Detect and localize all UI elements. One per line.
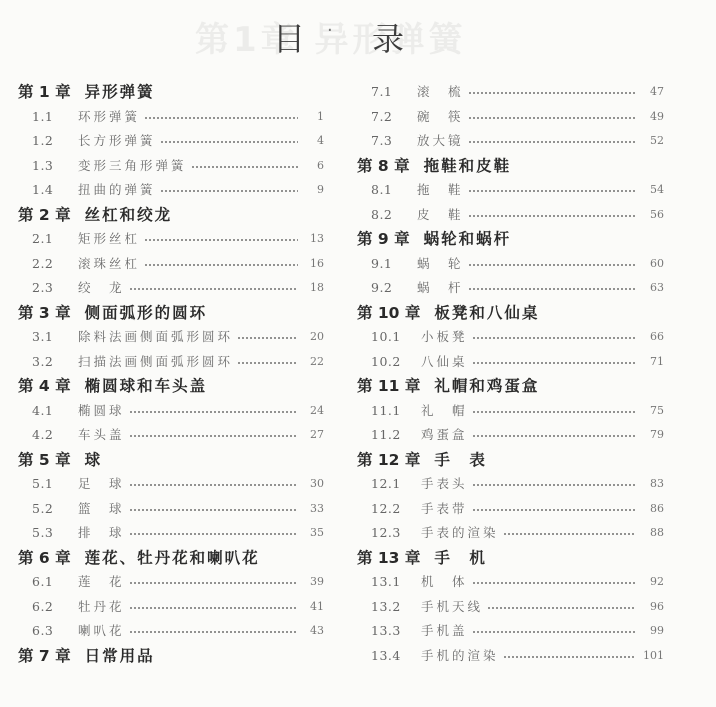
toc-chapter-heading[interactable]: 第 6 章莲花、牡丹花和喇叭花 (18, 546, 324, 571)
section-number: 10.2 (371, 350, 421, 375)
dot-leader (129, 435, 298, 437)
toc-section-entry[interactable]: 13.3手机盖99 (357, 619, 664, 644)
chapter-title: 蜗轮和蜗杆 (424, 230, 512, 248)
chapter-number: 第 2 章 (18, 203, 71, 228)
chapter-title: 丝杠和绞龙 (85, 206, 173, 224)
chapter-title: 侧面弧形的圆环 (85, 304, 208, 322)
toc-section-entry[interactable]: 8.2皮 鞋56 (357, 203, 664, 228)
chapter-title: 拖鞋和皮鞋 (424, 157, 512, 175)
page-number: 86 (642, 497, 664, 522)
toc-section-entry[interactable]: 1.2长方形弹簧4 (18, 129, 324, 154)
page-number: 1 (304, 105, 324, 130)
chapter-title: 手 表 (434, 451, 487, 469)
chapter-title: 手 机 (434, 549, 487, 567)
section-number: 5.2 (32, 497, 78, 522)
section-number: 12.3 (371, 521, 421, 546)
toc-section-entry[interactable]: 1.1环形弹簧1 (18, 105, 324, 130)
section-number: 4.1 (32, 399, 78, 424)
dot-leader (468, 92, 636, 94)
toc-chapter-heading[interactable]: 第 3 章侧面弧形的圆环 (18, 301, 324, 326)
section-number: 6.1 (32, 570, 78, 595)
section-number: 5.3 (32, 521, 78, 546)
page-number: 96 (642, 595, 664, 620)
section-number: 11.1 (371, 399, 421, 424)
toc-section-entry[interactable]: 6.1莲 花39 (18, 570, 324, 595)
section-title: 蜗 轮 (417, 252, 464, 277)
section-number: 2.3 (32, 276, 78, 301)
section-title: 手机天线 (421, 595, 483, 620)
section-number: 13.3 (371, 619, 421, 644)
page-number: 18 (304, 276, 324, 301)
section-title: 手表带 (421, 497, 468, 522)
section-title: 车头盖 (78, 423, 125, 448)
chapter-title: 板凳和八仙桌 (434, 304, 539, 322)
section-number: 2.2 (32, 252, 78, 277)
toc-section-entry[interactable]: 11.1礼 帽75 (357, 399, 664, 424)
toc-section-entry[interactable]: 3.2扫描法画侧面弧形圆环22 (18, 350, 324, 375)
page-number: 56 (642, 203, 664, 228)
toc-chapter-heading[interactable]: 第 11 章礼帽和鸡蛋盒 (357, 374, 664, 399)
section-number: 6.3 (32, 619, 78, 644)
page-number: 71 (642, 350, 664, 375)
toc-section-entry[interactable]: 2.1矩形丝杠13 (18, 227, 324, 252)
dot-leader (472, 582, 636, 584)
dot-leader (129, 533, 298, 535)
chapter-number: 第 5 章 (18, 448, 71, 473)
toc-column-right: 7.1滚 梳477.2碗 筷497.3放大镜52第 8 章拖鞋和皮鞋8.1拖 鞋… (357, 80, 664, 668)
toc-section-entry[interactable]: 7.2碗 筷49 (357, 105, 664, 130)
toc-section-entry[interactable]: 12.2手表带86 (357, 497, 664, 522)
dot-leader (237, 362, 298, 364)
page-number: 63 (642, 276, 664, 301)
section-number: 1.1 (32, 105, 78, 130)
dot-leader (503, 533, 636, 535)
page-number: 13 (304, 227, 324, 252)
section-number: 9.2 (371, 276, 417, 301)
section-title: 蜗 杆 (417, 276, 464, 301)
chapter-number: 第 1 章 (18, 80, 71, 105)
toc-section-entry[interactable]: 2.3绞 龙18 (18, 276, 324, 301)
dot-leader (129, 411, 298, 413)
page-number: 9 (304, 178, 324, 203)
section-title: 礼 帽 (421, 399, 468, 424)
dot-leader (237, 337, 298, 339)
page-number: 43 (304, 619, 324, 644)
dot-leader (144, 239, 298, 241)
toc-section-entry[interactable]: 13.4手机的渲染101 (357, 644, 664, 669)
chapter-number: 第 9 章 (357, 227, 410, 252)
section-title: 手表的渲染 (421, 521, 499, 546)
page-number: 4 (304, 129, 324, 154)
dot-leader (129, 607, 298, 609)
section-title: 喇叭花 (78, 619, 125, 644)
dot-leader (129, 484, 298, 486)
chapter-title: 椭圆球和车头盖 (85, 377, 208, 395)
page-number: 39 (304, 570, 324, 595)
toc-section-entry[interactable]: 8.1拖 鞋54 (357, 178, 664, 203)
page-number: 99 (642, 619, 664, 644)
section-title: 滚珠丝杠 (78, 252, 140, 277)
toc-section-entry[interactable]: 12.3手表的渲染88 (357, 521, 664, 546)
toc-section-entry[interactable]: 10.2八仙桌71 (357, 350, 664, 375)
section-number: 3.1 (32, 325, 78, 350)
section-number: 1.3 (32, 154, 78, 179)
toc-section-entry[interactable]: 1.4扭曲的弹簧9 (18, 178, 324, 203)
page-number: 27 (304, 423, 324, 448)
chapter-number: 第 4 章 (18, 374, 71, 399)
dot-leader (468, 141, 636, 143)
page-number: 16 (304, 252, 324, 277)
page-number: 41 (304, 595, 324, 620)
toc-section-entry[interactable]: 7.3放大镜52 (357, 129, 664, 154)
toc-section-entry[interactable]: 6.2牡丹花41 (18, 595, 324, 620)
section-title: 扫描法画侧面弧形圆环 (78, 350, 233, 375)
section-title: 环形弹簧 (78, 105, 140, 130)
toc-section-entry[interactable]: 4.1椭圆球24 (18, 399, 324, 424)
section-title: 皮 鞋 (417, 203, 464, 228)
section-title: 机 体 (421, 570, 468, 595)
section-title: 滚 梳 (417, 80, 464, 105)
toc-section-entry[interactable]: 5.3排 球35 (18, 521, 324, 546)
page-number: 66 (642, 325, 664, 350)
page-number: 49 (642, 105, 664, 130)
section-number: 12.1 (371, 472, 421, 497)
dot-leader (472, 411, 636, 413)
section-number: 13.1 (371, 570, 421, 595)
section-title: 椭圆球 (78, 399, 125, 424)
toc-chapter-heading[interactable]: 第 13 章手 机 (357, 546, 664, 571)
section-title: 拖 鞋 (417, 178, 464, 203)
chapter-number: 第 12 章 (357, 448, 420, 473)
chapter-number: 第 8 章 (357, 154, 410, 179)
page-number: 88 (642, 521, 664, 546)
dot-leader (472, 509, 636, 511)
toc-chapter-heading[interactable]: 第 2 章丝杠和绞龙 (18, 203, 324, 228)
toc-section-entry[interactable]: 12.1手表头83 (357, 472, 664, 497)
toc-section-entry[interactable]: 2.2滚珠丝杠16 (18, 252, 324, 277)
section-title: 排 球 (78, 521, 125, 546)
page-number: 79 (642, 423, 664, 448)
dot-leader (144, 264, 298, 266)
section-title: 扭曲的弹簧 (78, 178, 156, 203)
toc-section-entry[interactable]: 7.1滚 梳47 (357, 80, 664, 105)
page-number: 30 (304, 472, 324, 497)
dot-leader (468, 215, 636, 217)
dot-leader (468, 190, 636, 192)
chapter-title: 日常用品 (85, 647, 155, 665)
section-number: 1.2 (32, 129, 78, 154)
toc-section-entry[interactable]: 13.1机 体92 (357, 570, 664, 595)
section-title: 莲 花 (78, 570, 125, 595)
section-title: 放大镜 (417, 129, 464, 154)
section-title: 除料法画侧面弧形圆环 (78, 325, 233, 350)
chapter-number: 第 10 章 (357, 301, 420, 326)
section-title: 绞 龙 (78, 276, 125, 301)
section-title: 手机的渲染 (421, 644, 499, 669)
page-number: 60 (642, 252, 664, 277)
chapter-number: 第 6 章 (18, 546, 71, 571)
section-title: 手机盖 (421, 619, 468, 644)
chapter-title: 异形弹簧 (85, 83, 155, 101)
section-number: 7.1 (371, 80, 417, 105)
section-title: 足 球 (78, 472, 125, 497)
toc-chapter-heading[interactable]: 第 10 章板凳和八仙桌 (357, 301, 664, 326)
toc-chapter-heading[interactable]: 第 8 章拖鞋和皮鞋 (357, 154, 664, 179)
dot-leader (472, 337, 636, 339)
page-number: 35 (304, 521, 324, 546)
page-number: 92 (642, 570, 664, 595)
dot-leader (129, 509, 298, 511)
dot-leader (472, 435, 636, 437)
chapter-number: 第 13 章 (357, 546, 420, 571)
chapter-title: 球 (85, 451, 103, 469)
section-number: 6.2 (32, 595, 78, 620)
toc-section-entry[interactable]: 10.1小板凳66 (357, 325, 664, 350)
section-title: 手表头 (421, 472, 468, 497)
page-number: 33 (304, 497, 324, 522)
chapter-title: 礼帽和鸡蛋盒 (434, 377, 539, 395)
section-number: 3.2 (32, 350, 78, 375)
section-title: 变形三角形弹簧 (78, 154, 187, 179)
dot-leader (472, 484, 636, 486)
section-title: 牡丹花 (78, 595, 125, 620)
toc-chapter-heading[interactable]: 第 4 章椭圆球和车头盖 (18, 374, 324, 399)
toc-chapter-heading[interactable]: 第 7 章日常用品 (18, 644, 324, 669)
toc-section-entry[interactable]: 9.2蜗 杆63 (357, 276, 664, 301)
chapter-number: 第 7 章 (18, 644, 71, 669)
page-number: 52 (642, 129, 664, 154)
dot-leader (468, 288, 636, 290)
page-number: 54 (642, 178, 664, 203)
section-title: 篮 球 (78, 497, 125, 522)
toc-section-entry[interactable]: 11.2鸡蛋盒79 (357, 423, 664, 448)
section-title: 长方形弹簧 (78, 129, 156, 154)
page-number: 75 (642, 399, 664, 424)
section-number: 2.1 (32, 227, 78, 252)
dot-leader (160, 190, 298, 192)
page-number: 6 (304, 154, 324, 179)
page-number: 22 (304, 350, 324, 375)
toc-section-entry[interactable]: 1.3变形三角形弹簧6 (18, 154, 324, 179)
dot-leader (472, 631, 636, 633)
section-title: 矩形丝杠 (78, 227, 140, 252)
toc-chapter-heading[interactable]: 第 12 章手 表 (357, 448, 664, 473)
page-number: 20 (304, 325, 324, 350)
page-number: 83 (642, 472, 664, 497)
toc-section-entry[interactable]: 13.2手机天线96 (357, 595, 664, 620)
chapter-number: 第 3 章 (18, 301, 71, 326)
toc-chapter-heading[interactable]: 第 9 章蜗轮和蜗杆 (357, 227, 664, 252)
chapter-title: 莲花、牡丹花和喇叭花 (85, 549, 260, 567)
section-number: 11.2 (371, 423, 421, 448)
toc-page: 第1章 异形弹簧 目 · 录 第 1 章异形弹簧1.1环形弹簧11.2长方形弹簧… (0, 0, 716, 707)
dot-leader (191, 166, 298, 168)
toc-section-entry[interactable]: 5.2篮 球33 (18, 497, 324, 522)
dot-leader (160, 141, 298, 143)
chapter-number: 第 11 章 (357, 374, 420, 399)
dot-leader (503, 656, 636, 658)
section-number: 8.2 (371, 203, 417, 228)
section-title: 碗 筷 (417, 105, 464, 130)
toc-section-entry[interactable]: 5.1足 球30 (18, 472, 324, 497)
section-number: 10.1 (371, 325, 421, 350)
section-number: 12.2 (371, 497, 421, 522)
dot-leader (129, 288, 298, 290)
page-title-left: 目 (273, 14, 305, 60)
section-title: 小板凳 (421, 325, 468, 350)
section-number: 7.2 (371, 105, 417, 130)
dot-leader (472, 362, 636, 364)
section-number: 7.3 (371, 129, 417, 154)
toc-section-entry[interactable]: 3.1除料法画侧面弧形圆环20 (18, 325, 324, 350)
section-title: 鸡蛋盒 (421, 423, 468, 448)
section-number: 13.4 (371, 644, 421, 669)
dot-leader (487, 607, 636, 609)
section-number: 4.2 (32, 423, 78, 448)
dot-leader (129, 582, 298, 584)
page-number: 101 (642, 644, 664, 669)
dot-leader (144, 117, 298, 119)
toc-chapter-heading[interactable]: 第 1 章异形弹簧 (18, 80, 324, 105)
section-number: 13.2 (371, 595, 421, 620)
page-title-dot: · (327, 20, 333, 41)
toc-chapter-heading[interactable]: 第 5 章球 (18, 448, 324, 473)
section-number: 1.4 (32, 178, 78, 203)
dot-leader (468, 117, 636, 119)
dot-leader (468, 264, 636, 266)
toc-section-entry[interactable]: 9.1蜗 轮60 (357, 252, 664, 277)
section-number: 5.1 (32, 472, 78, 497)
dot-leader (129, 631, 298, 633)
page-number: 24 (304, 399, 324, 424)
toc-section-entry[interactable]: 4.2车头盖27 (18, 423, 324, 448)
section-number: 8.1 (371, 178, 417, 203)
page-title-right: 录 (372, 14, 404, 60)
page-number: 47 (642, 80, 664, 105)
toc-section-entry[interactable]: 6.3喇叭花43 (18, 619, 324, 644)
section-title: 八仙桌 (421, 350, 468, 375)
section-number: 9.1 (371, 252, 417, 277)
toc-column-left: 第 1 章异形弹簧1.1环形弹簧11.2长方形弹簧41.3变形三角形弹簧61.4… (18, 80, 324, 668)
